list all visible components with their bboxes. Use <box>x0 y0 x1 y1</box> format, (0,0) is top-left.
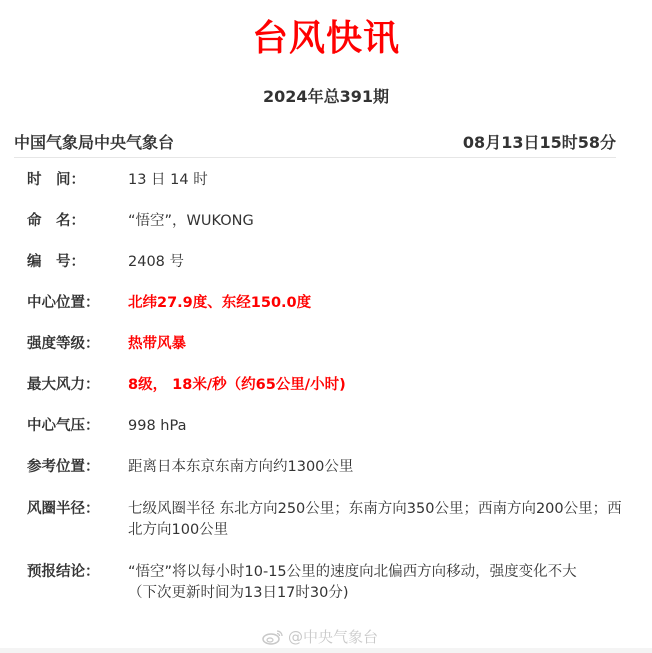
forecast-text: “悟空”将以每小时10-15公里的速度向北偏西方向移动，强度变化不大 <box>128 564 577 580</box>
row-value: 2408 号 <box>128 252 627 273</box>
row-label: 中心气压： <box>27 416 128 437</box>
row-value: “悟空”将以每小时10-15公里的速度向北偏西方向移动，强度变化不大 （下次更新… <box>128 562 627 604</box>
watermark-text: @中央气象台 <box>288 626 378 647</box>
row-name: 命 名： “悟空”，WUKONG <box>27 211 627 232</box>
issue-datetime: 08月13日15时58分 <box>463 130 616 153</box>
row-max-wind: 最大风力： 8级， 18米/秒（约65公里/小时) <box>27 375 627 396</box>
row-label: 编 号： <box>27 252 128 273</box>
row-value: 七级风圈半径 东北方向250公里；东南方向350公里；西南方向200公里；西北方… <box>128 499 627 541</box>
bulletin-header: 中国气象局中央气象台 08月13日15时58分 <box>14 127 616 158</box>
row-value: 13 日 14 时 <box>128 170 627 191</box>
row-reference-position: 参考位置： 距离日本东京东南方向约1300公里 <box>27 457 627 478</box>
row-pressure: 中心气压： 998 hPa <box>27 416 627 437</box>
row-label: 参考位置： <box>27 457 128 478</box>
row-value: “悟空”，WUKONG <box>128 211 627 232</box>
row-label: 最大风力： <box>27 375 128 396</box>
weibo-watermark: @中央气象台 <box>262 626 378 647</box>
issue-number: 2024年总391期 <box>0 84 652 107</box>
bulletin-title: 台风快讯 <box>0 10 652 61</box>
row-wind-radius: 风圈半径： 七级风圈半径 东北方向250公里；东南方向350公里；西南方向200… <box>27 499 627 541</box>
row-label: 中心位置： <box>27 293 128 314</box>
row-value: 998 hPa <box>128 416 627 437</box>
agency-name: 中国气象局中央气象台 <box>14 130 174 153</box>
bottom-divider <box>0 648 652 653</box>
row-intensity: 强度等级： 热带风暴 <box>27 334 627 355</box>
row-label: 时 间： <box>27 170 128 191</box>
row-value: 距离日本东京东南方向约1300公里 <box>128 457 627 478</box>
row-label: 强度等级： <box>27 334 128 355</box>
row-value: 热带风暴 <box>128 334 627 355</box>
row-label: 命 名： <box>27 211 128 232</box>
row-value: 8级， 18米/秒（约65公里/小时) <box>128 375 627 396</box>
row-number: 编 号： 2408 号 <box>27 252 627 273</box>
row-label: 风圈半径： <box>27 499 128 541</box>
weibo-icon <box>262 629 284 645</box>
row-time: 时 间： 13 日 14 时 <box>27 170 627 191</box>
row-center-position: 中心位置： 北纬27.9度、东经150.0度 <box>27 293 627 314</box>
next-update-text: （下次更新时间为13日17时30分) <box>128 585 349 601</box>
row-value: 北纬27.9度、东经150.0度 <box>128 293 627 314</box>
row-forecast: 预报结论： “悟空”将以每小时10-15公里的速度向北偏西方向移动，强度变化不大… <box>27 562 627 604</box>
row-label: 预报结论： <box>27 562 128 604</box>
